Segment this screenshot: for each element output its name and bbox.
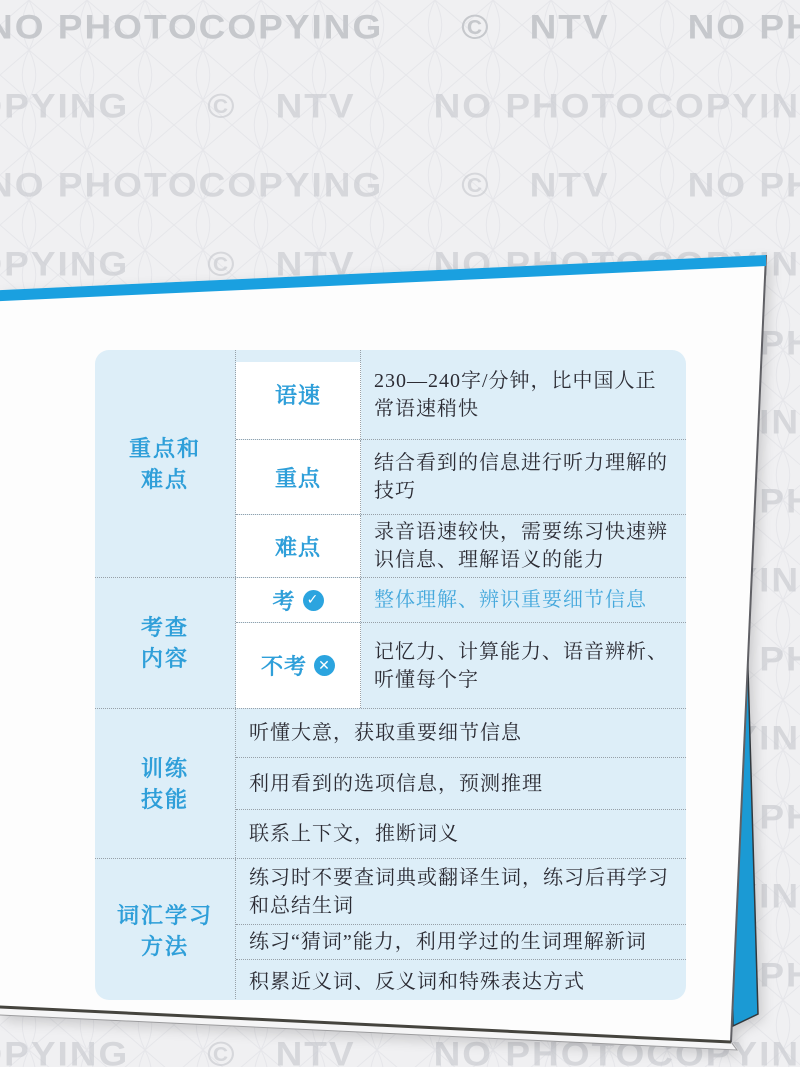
section-header: 训练技能 [95,709,236,858]
row-content-cell: 利用看到的选项信息，预测推理 [236,758,686,809]
section-header-line: 内容 [141,643,189,674]
row-content-text: 联系上下文，推断词义 [249,820,459,848]
section-header-line: 重点和 [129,433,201,464]
table-row: 语速230—240字/分钟，比中国人正常语速稍快 [236,350,686,440]
table-row: 练习时不要查词典或翻译生词，练习后再学习和总结生词 [236,859,686,925]
scanned-book-page: NO PHOTOCOPYING © NTV NO PHOTOCOPYING © … [0,0,800,1067]
table-section: 词汇学习方法练习时不要查词典或翻译生词，练习后再学习和总结生词练习“猜词”能力，… [95,859,686,1000]
row-content-cell: 记忆力、计算能力、语音辨析、听懂每个字 [361,623,686,708]
row-label: 重点 [275,462,321,493]
row-content-text: 练习“猜词”能力，利用学过的生词理解新词 [249,928,647,956]
row-label: 难点 [275,531,321,562]
row-label-cell: 考✓ [236,578,361,622]
row-content-text: 230—240字/分钟，比中国人正常语速稍快 [374,367,672,423]
row-content-text: 记忆力、计算能力、语音辨析、听懂每个字 [374,638,672,694]
table-section: 重点和难点语速230—240字/分钟，比中国人正常语速稍快重点结合看到的信息进行… [95,350,686,578]
section-header-line: 考查 [141,612,189,643]
row-content-text: 结合看到的信息进行听力理解的技巧 [374,449,672,505]
row-content-cell: 联系上下文，推断词义 [236,810,686,858]
row-label: 不考 [261,650,307,681]
row-content-cell: 整体理解、辨识重要细节信息 [361,578,686,622]
section-rows: 练习时不要查词典或翻译生词，练习后再学习和总结生词练习“猜词”能力，利用学过的生… [236,859,686,1000]
section-rows: 考✓整体理解、辨识重要细节信息不考✕记忆力、计算能力、语音辨析、听懂每个字 [236,578,686,708]
check-circle-icon: ✓ [303,590,324,611]
section-header: 重点和难点 [95,350,236,577]
table-row: 不考✕记忆力、计算能力、语音辨析、听懂每个字 [236,623,686,708]
section-header: 考查内容 [95,578,236,708]
row-content-text: 听懂大意，获取重要细节信息 [249,719,522,747]
row-label-cell: 难点 [236,515,361,577]
table-row: 听懂大意，获取重要细节信息 [236,709,686,758]
table-section: 考查内容考✓整体理解、辨识重要细节信息不考✕记忆力、计算能力、语音辨析、听懂每个… [95,578,686,709]
section-header-line: 方法 [141,931,189,962]
row-content-text: 练习时不要查词典或翻译生词，练习后再学习和总结生词 [249,864,672,920]
row-content-cell: 听懂大意，获取重要细节信息 [236,709,686,757]
table-row: 积累近义词、反义词和特殊表达方式 [236,960,686,1000]
section-header-line: 词汇学习 [117,900,213,931]
table-section: 训练技能听懂大意，获取重要细节信息利用看到的选项信息，预测推理联系上下文，推断词… [95,709,686,859]
row-label-cell: 重点 [236,440,361,514]
summary-table: 重点和难点语速230—240字/分钟，比中国人正常语速稍快重点结合看到的信息进行… [95,350,686,1000]
table-row: 联系上下文，推断词义 [236,810,686,858]
row-content-text: 录音语速较快，需要练习快速辨识信息、理解语义的能力 [374,518,672,574]
row-content-cell: 练习时不要查词典或翻译生词，练习后再学习和总结生词 [236,859,686,924]
section-rows: 语速230—240字/分钟，比中国人正常语速稍快重点结合看到的信息进行听力理解的… [236,350,686,577]
table-row: 难点录音语速较快，需要练习快速辨识信息、理解语义的能力 [236,515,686,577]
section-header-line: 训练 [141,753,189,784]
row-content-cell: 结合看到的信息进行听力理解的技巧 [361,440,686,514]
table-row: 考✓整体理解、辨识重要细节信息 [236,578,686,623]
table-row: 重点结合看到的信息进行听力理解的技巧 [236,440,686,515]
section-rows: 听懂大意，获取重要细节信息利用看到的选项信息，预测推理联系上下文，推断词义 [236,709,686,858]
row-content-cell: 练习“猜词”能力，利用学过的生词理解新词 [236,925,686,959]
cross-circle-icon: ✕ [314,655,335,676]
row-content-cell: 录音语速较快，需要练习快速辨识信息、理解语义的能力 [361,515,686,577]
row-label-cell: 不考✕ [236,623,361,708]
table-row: 练习“猜词”能力，利用学过的生词理解新词 [236,925,686,960]
row-content-cell: 积累近义词、反义词和特殊表达方式 [236,960,686,1000]
row-label: 语速 [275,379,321,410]
section-header-line: 技能 [141,784,189,815]
row-content-text: 整体理解、辨识重要细节信息 [374,586,647,614]
section-header-line: 难点 [141,464,189,495]
row-content-text: 积累近义词、反义词和特殊表达方式 [249,968,585,996]
table-row: 利用看到的选项信息，预测推理 [236,758,686,810]
row-content-text: 利用看到的选项信息，预测推理 [249,770,543,798]
row-label-cell: 语速 [236,350,361,439]
row-label: 考 [272,585,295,616]
row-content-cell: 230—240字/分钟，比中国人正常语速稍快 [361,350,686,439]
section-header: 词汇学习方法 [95,859,236,1000]
